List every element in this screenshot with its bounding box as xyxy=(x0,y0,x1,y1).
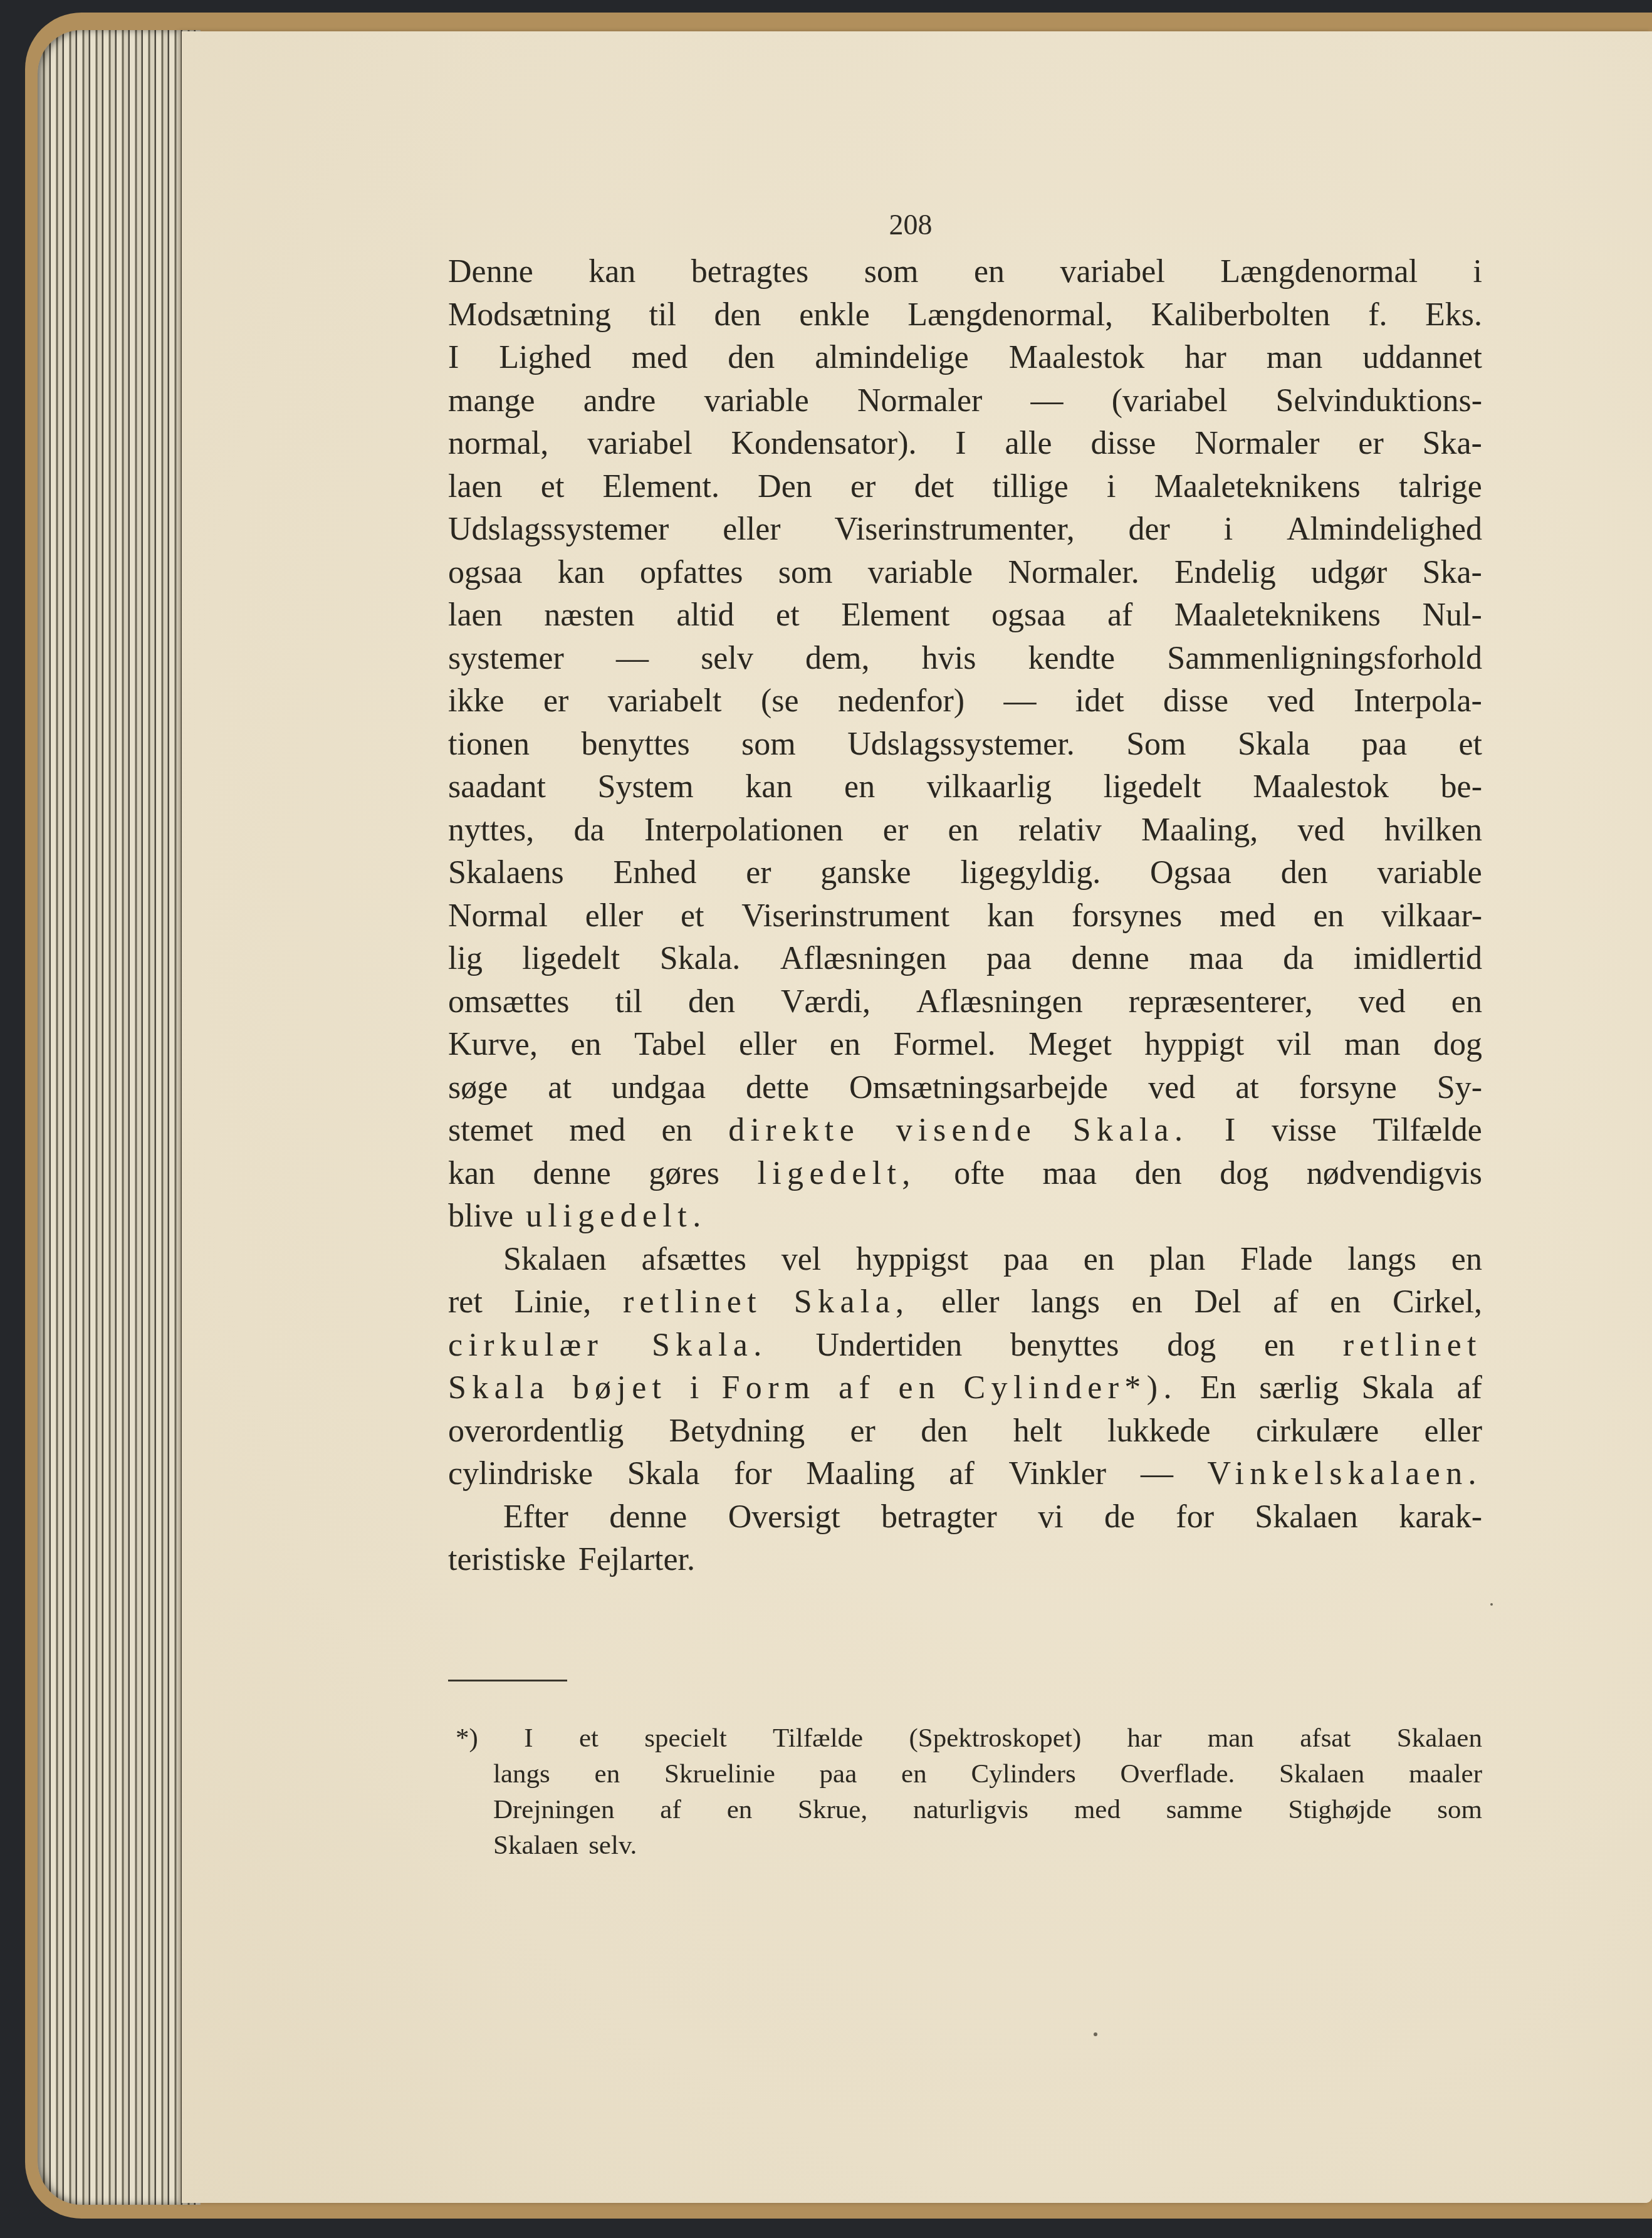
word: at xyxy=(1235,1067,1259,1110)
word: denne xyxy=(609,1496,687,1539)
word: blive xyxy=(448,1195,513,1238)
word: visse xyxy=(1272,1109,1337,1153)
word: er xyxy=(883,809,908,852)
word: Vinkler xyxy=(1008,1453,1106,1496)
word: Maalestok xyxy=(1253,766,1389,809)
text-line: ModsætningtildenenkleLængdenormal,Kalibe… xyxy=(448,294,1482,337)
text-line: omsættestildenVærdi,Aflæsningenrepræsent… xyxy=(448,981,1482,1024)
word: Udslagssystemer xyxy=(448,508,669,552)
word: den xyxy=(1281,852,1328,895)
word: denne xyxy=(1072,938,1149,981)
word: stemet xyxy=(448,1109,533,1153)
word: Cirkel, xyxy=(1393,1281,1482,1324)
word: I xyxy=(524,1720,533,1756)
word: Sy- xyxy=(1437,1067,1482,1110)
word: variable xyxy=(868,552,973,595)
word: omsættes xyxy=(448,981,570,1024)
word: et xyxy=(541,466,565,509)
word: Skala xyxy=(448,1367,550,1410)
word: karak- xyxy=(1399,1496,1482,1539)
word: be- xyxy=(1441,766,1482,809)
word: dette xyxy=(746,1067,809,1110)
word: maaler xyxy=(1409,1756,1482,1792)
word: en xyxy=(727,1792,753,1828)
word: vi xyxy=(1038,1496,1063,1539)
word: Maalestok xyxy=(1009,337,1145,380)
word: I xyxy=(955,422,966,466)
word: *) xyxy=(456,1720,478,1756)
text-line: overordentligBetydningerdenheltlukkedeci… xyxy=(448,1410,1482,1453)
word: Aflæsningen xyxy=(916,981,1083,1024)
word: udgør xyxy=(1311,552,1387,595)
word: normal, xyxy=(448,422,548,466)
word: en xyxy=(898,1367,941,1410)
word: mange xyxy=(448,380,535,423)
word: Viserinstrument xyxy=(741,895,949,938)
text-line: mangeandrevariableNormaler—(variabelSelv… xyxy=(448,380,1482,423)
word: specielt xyxy=(644,1720,726,1756)
word: ganske xyxy=(820,852,911,895)
word: en xyxy=(1451,981,1482,1024)
word: Maaling xyxy=(806,1453,914,1496)
word: helt xyxy=(1013,1410,1062,1453)
text-line: retLinie,retlinetSkala,ellerlangsenDelaf… xyxy=(448,1281,1482,1324)
word: Viserinstrumenter, xyxy=(834,508,1074,552)
word: Normaler xyxy=(857,380,982,423)
word: laen xyxy=(448,594,503,637)
footnote-line: DrejningenafenSkrue,naturligvismedsammeS… xyxy=(448,1792,1482,1828)
word: er xyxy=(850,466,876,509)
word: Aflæsningen xyxy=(780,938,947,981)
word: Almindelighed xyxy=(1287,508,1482,552)
word: dog xyxy=(1433,1023,1482,1067)
word: vil xyxy=(1277,1023,1312,1067)
word: man xyxy=(1267,337,1323,380)
word: Stighøjde xyxy=(1289,1792,1392,1828)
word: af xyxy=(1107,594,1132,637)
word: en xyxy=(901,1756,927,1792)
word: en xyxy=(1084,1238,1114,1282)
word: den xyxy=(714,294,761,337)
page-number: 208 xyxy=(175,208,1646,241)
body-text: DennekanbetragtessomenvariabelLængdenorm… xyxy=(448,251,1482,1582)
word: Maaleteknikens xyxy=(1174,594,1381,637)
word: Skalaen xyxy=(1397,1720,1482,1756)
word: Normaler xyxy=(1195,422,1319,466)
word: hvis xyxy=(922,637,976,681)
word: nedenfor) xyxy=(838,680,965,723)
word: lukkede xyxy=(1107,1410,1211,1453)
word: selv. xyxy=(588,1828,637,1863)
word: (Spektroskopet) xyxy=(909,1720,1082,1756)
word: ligegyldig. xyxy=(960,852,1100,895)
word: systemer xyxy=(448,637,564,681)
word: kan xyxy=(987,895,1034,938)
word: langs xyxy=(1347,1238,1416,1282)
text-line: kandennegøresligedelt,oftemaadendognødve… xyxy=(448,1153,1482,1196)
text-line: stemetmedendirektevisendeSkala.IvisseTil… xyxy=(448,1109,1482,1153)
word: en xyxy=(1330,1281,1361,1324)
word: dog xyxy=(1167,1324,1216,1367)
word: den xyxy=(728,337,775,380)
word: at xyxy=(548,1067,572,1110)
word: forsynes xyxy=(1072,895,1182,938)
word: Værdi, xyxy=(781,981,870,1024)
word: disse xyxy=(1163,680,1228,723)
paper-speck xyxy=(1094,2032,1097,2036)
word: Den xyxy=(758,466,812,509)
word: i xyxy=(1107,466,1116,509)
word: cirkulær xyxy=(448,1324,604,1367)
word: da xyxy=(574,809,605,852)
word: Betydning xyxy=(669,1410,805,1453)
word: en xyxy=(662,1109,693,1153)
text-line: SkalaenafsættesvelhyppigstpaaenplanFlade… xyxy=(448,1238,1482,1282)
text-line: ILighedmeddenalmindeligeMaalestokharmanu… xyxy=(448,337,1482,380)
word: Denne xyxy=(448,251,533,294)
word: særlig xyxy=(1259,1367,1339,1410)
word: man xyxy=(1208,1720,1254,1756)
word: da xyxy=(1283,938,1314,981)
text-line: DennekanbetragtessomenvariabelLængdenorm… xyxy=(448,251,1482,294)
word: en xyxy=(948,809,979,852)
word: vilkaar- xyxy=(1381,895,1482,938)
word: cylindriske xyxy=(448,1453,593,1496)
word: kan xyxy=(588,251,635,294)
word: Cylinders xyxy=(971,1756,1076,1792)
word: imidlertid xyxy=(1354,938,1482,981)
word: Efter xyxy=(503,1496,568,1539)
word: alle xyxy=(1005,422,1052,466)
word: er xyxy=(746,852,771,895)
word: teristiske xyxy=(448,1539,566,1582)
word: naturligvis xyxy=(913,1792,1028,1828)
word: næsten xyxy=(544,594,634,637)
text-line: SkalabøjetiFormafenCylinder*).EnsærligSk… xyxy=(448,1367,1482,1410)
word: hyppigst xyxy=(856,1238,968,1282)
word: Skrue, xyxy=(798,1792,867,1828)
word: Ska- xyxy=(1423,422,1482,466)
word: Linie, xyxy=(515,1281,592,1324)
word: paa xyxy=(1003,1238,1048,1282)
word: overordentlig xyxy=(448,1410,624,1453)
word: Enhed xyxy=(614,852,697,895)
word: Længdenormal xyxy=(1220,251,1418,294)
text-line: ligligedeltSkala.Aflæsningenpaadennemaad… xyxy=(448,938,1482,981)
word: Undertiden xyxy=(815,1324,962,1367)
word: Form xyxy=(722,1367,816,1410)
word: repræsenterer, xyxy=(1129,981,1313,1024)
word: tillige xyxy=(992,466,1068,509)
word: Skala. xyxy=(1073,1109,1189,1153)
word: med xyxy=(632,337,688,380)
word: gøres xyxy=(649,1153,719,1196)
word: saadant xyxy=(448,766,546,809)
word: relativ xyxy=(1018,809,1102,852)
word: enkle xyxy=(799,294,870,337)
word: et xyxy=(681,895,704,938)
word: Skruelinie xyxy=(664,1756,775,1792)
word: variabel xyxy=(587,422,692,466)
word: Ska- xyxy=(1423,552,1482,595)
word: er xyxy=(1358,422,1383,466)
word: af xyxy=(1456,1367,1482,1410)
word: til xyxy=(649,294,676,337)
word: (se xyxy=(761,680,799,723)
word: af xyxy=(1273,1281,1298,1324)
word: Formel. xyxy=(893,1023,995,1067)
word: søge xyxy=(448,1067,508,1110)
word: Flade xyxy=(1240,1238,1313,1282)
word: i xyxy=(1224,508,1233,552)
word: eller xyxy=(941,1281,999,1324)
word: Skala xyxy=(1362,1367,1435,1410)
word: vel xyxy=(782,1238,822,1282)
word: almindelige xyxy=(815,337,968,380)
text-line: normal,variabelKondensator).IalledisseNo… xyxy=(448,422,1482,466)
word: er xyxy=(850,1410,875,1453)
word: Skala. xyxy=(660,938,741,981)
word: i xyxy=(690,1367,699,1410)
word: af xyxy=(660,1792,681,1828)
word: Modsætning xyxy=(448,294,611,337)
word: den xyxy=(1135,1153,1182,1196)
text-line: EfterdenneOversigtbetragtervideforSkalae… xyxy=(448,1496,1482,1539)
word: de xyxy=(1104,1496,1135,1539)
word: dem, xyxy=(805,637,870,681)
word: man xyxy=(1344,1023,1401,1067)
word: som xyxy=(1437,1792,1482,1828)
word: Cylinder*). xyxy=(964,1367,1178,1410)
word: Skala, xyxy=(794,1281,910,1324)
word: Kurve, xyxy=(448,1023,538,1067)
word: retlinet xyxy=(623,1281,762,1324)
word: variabel xyxy=(1060,251,1164,294)
word: bøjet xyxy=(573,1367,667,1410)
word: System xyxy=(598,766,694,809)
word: Element xyxy=(841,594,949,637)
word: idet xyxy=(1075,680,1124,723)
text-line: ogsaakanopfattessomvariableNormaler.Ende… xyxy=(448,552,1482,595)
text-line: cylindriskeSkalaforMaalingafVinkler—Vink… xyxy=(448,1453,1482,1496)
word: eller xyxy=(585,895,643,938)
word: den xyxy=(921,1410,968,1453)
word: variable xyxy=(1377,852,1482,895)
text-line: tionenbenyttessomUdslagssystemer.SomSkal… xyxy=(448,723,1482,766)
word: hyppigt xyxy=(1144,1023,1244,1067)
word: er xyxy=(543,680,568,723)
word: — xyxy=(1003,680,1036,723)
word: har xyxy=(1127,1720,1162,1756)
word: I xyxy=(1225,1109,1235,1153)
word: med xyxy=(569,1109,625,1153)
word: Normaler. xyxy=(1008,552,1139,595)
word: med xyxy=(1220,895,1276,938)
word: ikke xyxy=(448,680,504,723)
word: direkte xyxy=(728,1109,860,1153)
text-line: laenetElement.DenerdettilligeiMaaletekni… xyxy=(448,466,1482,509)
text-line: søgeatundgaadetteOmsætningsarbejdevedatf… xyxy=(448,1067,1482,1110)
word: kan xyxy=(448,1153,495,1196)
word: Interpolationen xyxy=(644,809,844,852)
word: maa xyxy=(1043,1153,1097,1196)
word: f. xyxy=(1368,294,1387,337)
word: Tilfælde xyxy=(1373,1109,1482,1153)
word: I xyxy=(448,337,459,380)
footnote-line: langsenSkrueliniepaaenCylindersOverflade… xyxy=(448,1756,1482,1792)
word: Fejlarter. xyxy=(578,1539,695,1582)
word: ved xyxy=(1359,981,1406,1024)
text-line: laennæstenaltidetElementogsaaafMaaletekn… xyxy=(448,594,1482,637)
word: Vinkelskalaen. xyxy=(1208,1453,1482,1496)
word: Maaleteknikens xyxy=(1154,466,1361,509)
text-line: cirkulærSkala.Undertidenbenyttesdogenret… xyxy=(448,1324,1482,1367)
word: betragter xyxy=(881,1496,997,1539)
word: Endelig xyxy=(1174,552,1276,595)
word: selv xyxy=(701,637,753,681)
word: som xyxy=(778,552,833,595)
word: laen xyxy=(448,466,503,509)
word: en xyxy=(570,1023,601,1067)
text-line: NormalelleretViserinstrumentkanforsynesm… xyxy=(448,895,1482,938)
word: eller xyxy=(1425,1410,1482,1453)
word: variabelt xyxy=(608,680,722,723)
word: undgaa xyxy=(612,1067,706,1110)
word: paa xyxy=(820,1756,857,1792)
word: variable xyxy=(704,380,808,423)
word: benyttes xyxy=(1010,1324,1119,1367)
word: der xyxy=(1129,508,1170,552)
word: Sammenligningsforhold xyxy=(1167,637,1482,681)
word: lig xyxy=(448,938,483,981)
word: — xyxy=(1141,1453,1173,1496)
word: ogsaa xyxy=(448,552,522,595)
word: — xyxy=(616,637,649,681)
word: Skala. xyxy=(652,1324,768,1367)
word: denne xyxy=(533,1153,611,1196)
word: ogsaa xyxy=(991,594,1065,637)
footnote-line: Skalaenselv. xyxy=(448,1828,1482,1863)
paper-speck xyxy=(1490,1603,1493,1606)
word: hvilken xyxy=(1384,809,1482,852)
text-line: nyttes,daInterpolationenerenrelativMaali… xyxy=(448,809,1482,852)
text-line: SkalaensEnhederganskeligegyldig.Ogsaaden… xyxy=(448,852,1482,895)
word: en xyxy=(1313,895,1344,938)
word: til xyxy=(615,981,642,1024)
word: Omsætningsarbejde xyxy=(849,1067,1108,1110)
word: langs xyxy=(1031,1281,1100,1324)
word: Længdenormal, xyxy=(907,294,1113,337)
word: disse xyxy=(1090,422,1156,466)
word: maa xyxy=(1189,938,1243,981)
word: den xyxy=(688,981,735,1024)
word: ligedelt, xyxy=(757,1153,916,1196)
word: en xyxy=(1451,1238,1482,1282)
word: Skalaen xyxy=(1279,1756,1364,1792)
word: Nul- xyxy=(1423,594,1482,637)
word: et xyxy=(776,594,800,637)
word: Skalaen xyxy=(493,1828,578,1863)
word: Skalaen xyxy=(1255,1496,1358,1539)
word: ved xyxy=(1298,809,1345,852)
word: Maaling, xyxy=(1141,809,1258,852)
word: visende xyxy=(896,1109,1037,1153)
word: nyttes, xyxy=(448,809,534,852)
word: Meget xyxy=(1028,1023,1112,1067)
word: ligedelt xyxy=(522,938,620,981)
word: det xyxy=(914,466,954,509)
word: plan xyxy=(1149,1238,1206,1282)
word: Overflade. xyxy=(1121,1756,1235,1792)
word: med xyxy=(1074,1792,1121,1828)
word: kan xyxy=(558,552,605,595)
word: Oversigt xyxy=(728,1496,840,1539)
word: retlinet xyxy=(1343,1324,1482,1367)
text-line: saadantSystemkanenvilkaarligligedeltMaal… xyxy=(448,766,1482,809)
word: en xyxy=(830,1023,860,1067)
word: nødvendigvis xyxy=(1307,1153,1482,1196)
word: betragtes xyxy=(691,251,809,294)
word: Normal xyxy=(448,895,548,938)
word: et xyxy=(579,1720,599,1756)
word: andre xyxy=(583,380,656,423)
word: Som xyxy=(1126,723,1186,766)
word: opfattes xyxy=(640,552,743,595)
word: samme xyxy=(1166,1792,1243,1828)
word: kendte xyxy=(1028,637,1116,681)
word: af xyxy=(949,1453,974,1496)
word: vilkaarlig xyxy=(927,766,1052,809)
word: som xyxy=(741,723,796,766)
text-line: UdslagssystemerellerViserinstrumenter,de… xyxy=(448,508,1482,552)
word: i xyxy=(1473,251,1482,294)
word: en xyxy=(595,1756,620,1792)
word: forsyne xyxy=(1299,1067,1397,1110)
text-line: ikkeervariabelt(senedenfor)—idetdisseved… xyxy=(448,680,1482,723)
word: Skalaens xyxy=(448,852,564,895)
word: ved xyxy=(1148,1067,1195,1110)
word: kan xyxy=(745,766,792,809)
word: talrige xyxy=(1399,466,1482,509)
footnote: *)IetspecieltTilfælde(Spektroskopet)harm… xyxy=(448,1720,1482,1863)
word: uligedelt. xyxy=(526,1195,707,1238)
word: Lighed xyxy=(499,337,591,380)
word: Interpola- xyxy=(1354,680,1482,723)
text-line: bliveuligedelt. xyxy=(448,1195,1482,1238)
word: ligedelt xyxy=(1104,766,1201,809)
word: paa xyxy=(1362,723,1407,766)
word: Tabel xyxy=(634,1023,706,1067)
text-line: Kurve,enTabelellerenFormel.Megethyppigtv… xyxy=(448,1023,1482,1067)
text-line: teristiskeFejlarter. xyxy=(448,1539,1482,1582)
word: en xyxy=(1132,1281,1163,1324)
word: En xyxy=(1200,1367,1236,1410)
word: ved xyxy=(1267,680,1314,723)
word: for xyxy=(1176,1496,1214,1539)
word: har xyxy=(1184,337,1226,380)
word: afsættes xyxy=(641,1238,746,1282)
word: Element. xyxy=(603,466,719,509)
word: en xyxy=(974,251,1005,294)
word: benyttes xyxy=(581,723,689,766)
word: en xyxy=(1264,1324,1295,1367)
word: Selvinduktions- xyxy=(1276,380,1482,423)
word: (variabel xyxy=(1112,380,1228,423)
word: eller xyxy=(739,1023,797,1067)
word: paa xyxy=(986,938,1032,981)
word: Skala xyxy=(627,1453,700,1496)
footnote-line: *)IetspecieltTilfælde(Spektroskopet)harm… xyxy=(448,1720,1482,1756)
